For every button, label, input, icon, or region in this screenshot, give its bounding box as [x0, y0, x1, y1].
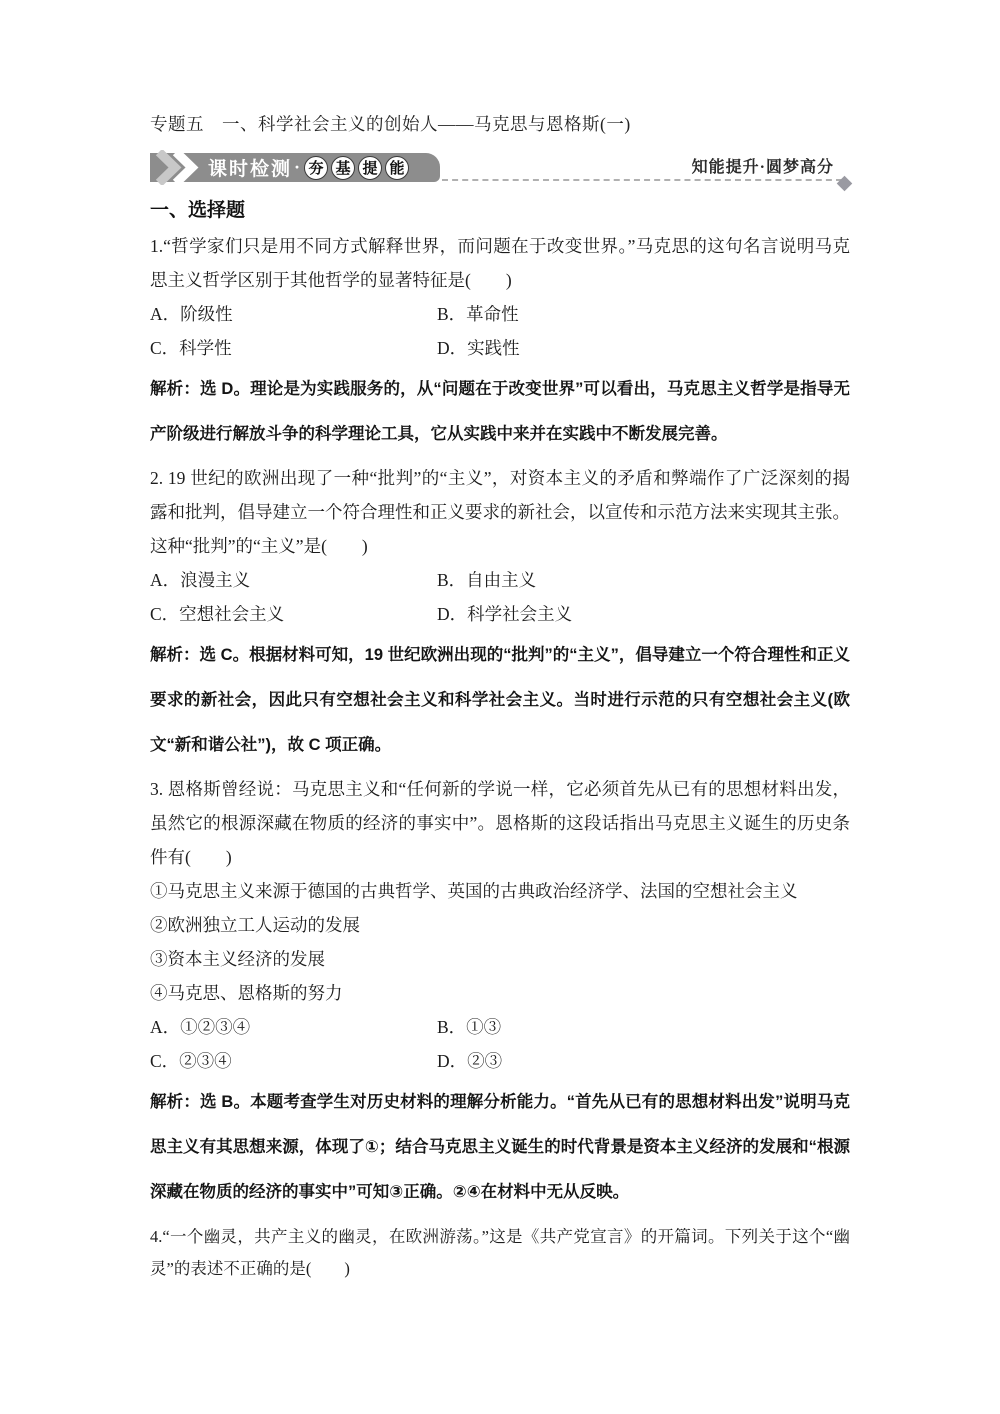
option-c: C．空想社会主义: [150, 597, 437, 631]
option-a: A．阶级性: [150, 297, 437, 331]
banner-badge-3: 提: [358, 156, 382, 180]
banner-badge-2: 基: [331, 156, 355, 180]
section-banner: 课时检测 · 夯 基 提 能 知能提升·圆梦高分: [150, 153, 850, 183]
banner-badge-1: 夯: [304, 156, 328, 180]
worksheet-page: 专题五 一、科学社会主义的创始人——马克思与恩格斯(一) 课时检测 · 夯 基 …: [0, 0, 1000, 1315]
question-3: 3. 恩格斯曾经说：马克思主义和“任何新的学说一样，它必须首先从已有的思想材料出…: [150, 772, 850, 1215]
question-2-analysis: 解析：选 C。根据材料可知，19 世纪欧洲出现的“批判”的“主义”，倡导建立一个…: [150, 633, 850, 768]
question-3-numbered-items: ①马克思主义来源于德国的古典哲学、英国的古典政治经济学、法国的空想社会主义 ②欧…: [150, 874, 850, 1010]
question-1-options: A．阶级性 B．革命性 C．科学性 D．实践性: [150, 297, 850, 365]
document-title: 专题五 一、科学社会主义的创始人——马克思与恩格斯(一): [150, 112, 850, 137]
option-b: B．自由主义: [437, 563, 850, 597]
double-chevron-icon: [154, 150, 202, 185]
question-3-analysis: 解析：选 B。本题考查学生对历史材料的理解分析能力。“首先从已有的思想材料出发”…: [150, 1080, 850, 1215]
question-1-analysis: 解析：选 D。理论是为实践服务的，从“问题在于改变世界”可以看出，马克思主义哲学…: [150, 367, 850, 457]
numbered-item-1: ①马克思主义来源于德国的古典哲学、英国的古典政治经济学、法国的空想社会主义: [150, 874, 850, 908]
option-d: D．②③: [437, 1044, 850, 1078]
question-2: 2. 19 世纪的欧洲出现了一种“批判”的“主义”，对资本主义的矛盾和弊端作了广…: [150, 461, 850, 768]
option-a: A．①②③④: [150, 1010, 437, 1044]
banner-separator-dot: ·: [294, 157, 300, 178]
question-1-stem: 1.“哲学家们只是用不同方式解释世界，而问题在于改变世界。”马克思的这句名言说明…: [150, 229, 850, 297]
question-1: 1.“哲学家们只是用不同方式解释世界，而问题在于改变世界。”马克思的这句名言说明…: [150, 229, 850, 457]
question-4-stem: 4.“一个幽灵，共产主义的幽灵，在欧洲游荡。”这是《共产党宣言》的开篇词。下列关…: [150, 1221, 850, 1285]
question-3-stem: 3. 恩格斯曾经说：马克思主义和“任何新的学说一样，它必须首先从已有的思想材料出…: [150, 772, 850, 874]
question-2-stem: 2. 19 世纪的欧洲出现了一种“批判”的“主义”，对资本主义的矛盾和弊端作了广…: [150, 461, 850, 563]
banner-tagline: 知能提升·圆梦高分: [692, 154, 834, 177]
option-d: D．科学社会主义: [437, 597, 850, 631]
option-b: B．①③: [437, 1010, 850, 1044]
question-4: 4.“一个幽灵，共产主义的幽灵，在欧洲游荡。”这是《共产党宣言》的开篇词。下列关…: [150, 1221, 850, 1285]
option-d: D．实践性: [437, 331, 850, 365]
numbered-item-4: ④马克思、恩格斯的努力: [150, 976, 850, 1010]
banner-badge-4: 能: [385, 156, 409, 180]
banner-bar: 课时检测 · 夯 基 提 能: [150, 153, 440, 182]
section-heading: 一、选择题: [150, 197, 850, 225]
question-2-options: A．浪漫主义 B．自由主义 C．空想社会主义 D．科学社会主义: [150, 563, 850, 631]
banner-heading: 课时检测: [208, 154, 292, 181]
option-a: A．浪漫主义: [150, 563, 437, 597]
numbered-item-3: ③资本主义经济的发展: [150, 942, 850, 976]
question-3-options: A．①②③④ B．①③ C．②③④ D．②③: [150, 1010, 850, 1078]
option-c: C．科学性: [150, 331, 437, 365]
option-c: C．②③④: [150, 1044, 437, 1078]
dashed-rule: [442, 179, 842, 181]
numbered-item-2: ②欧洲独立工人运动的发展: [150, 908, 850, 942]
option-b: B．革命性: [437, 297, 850, 331]
